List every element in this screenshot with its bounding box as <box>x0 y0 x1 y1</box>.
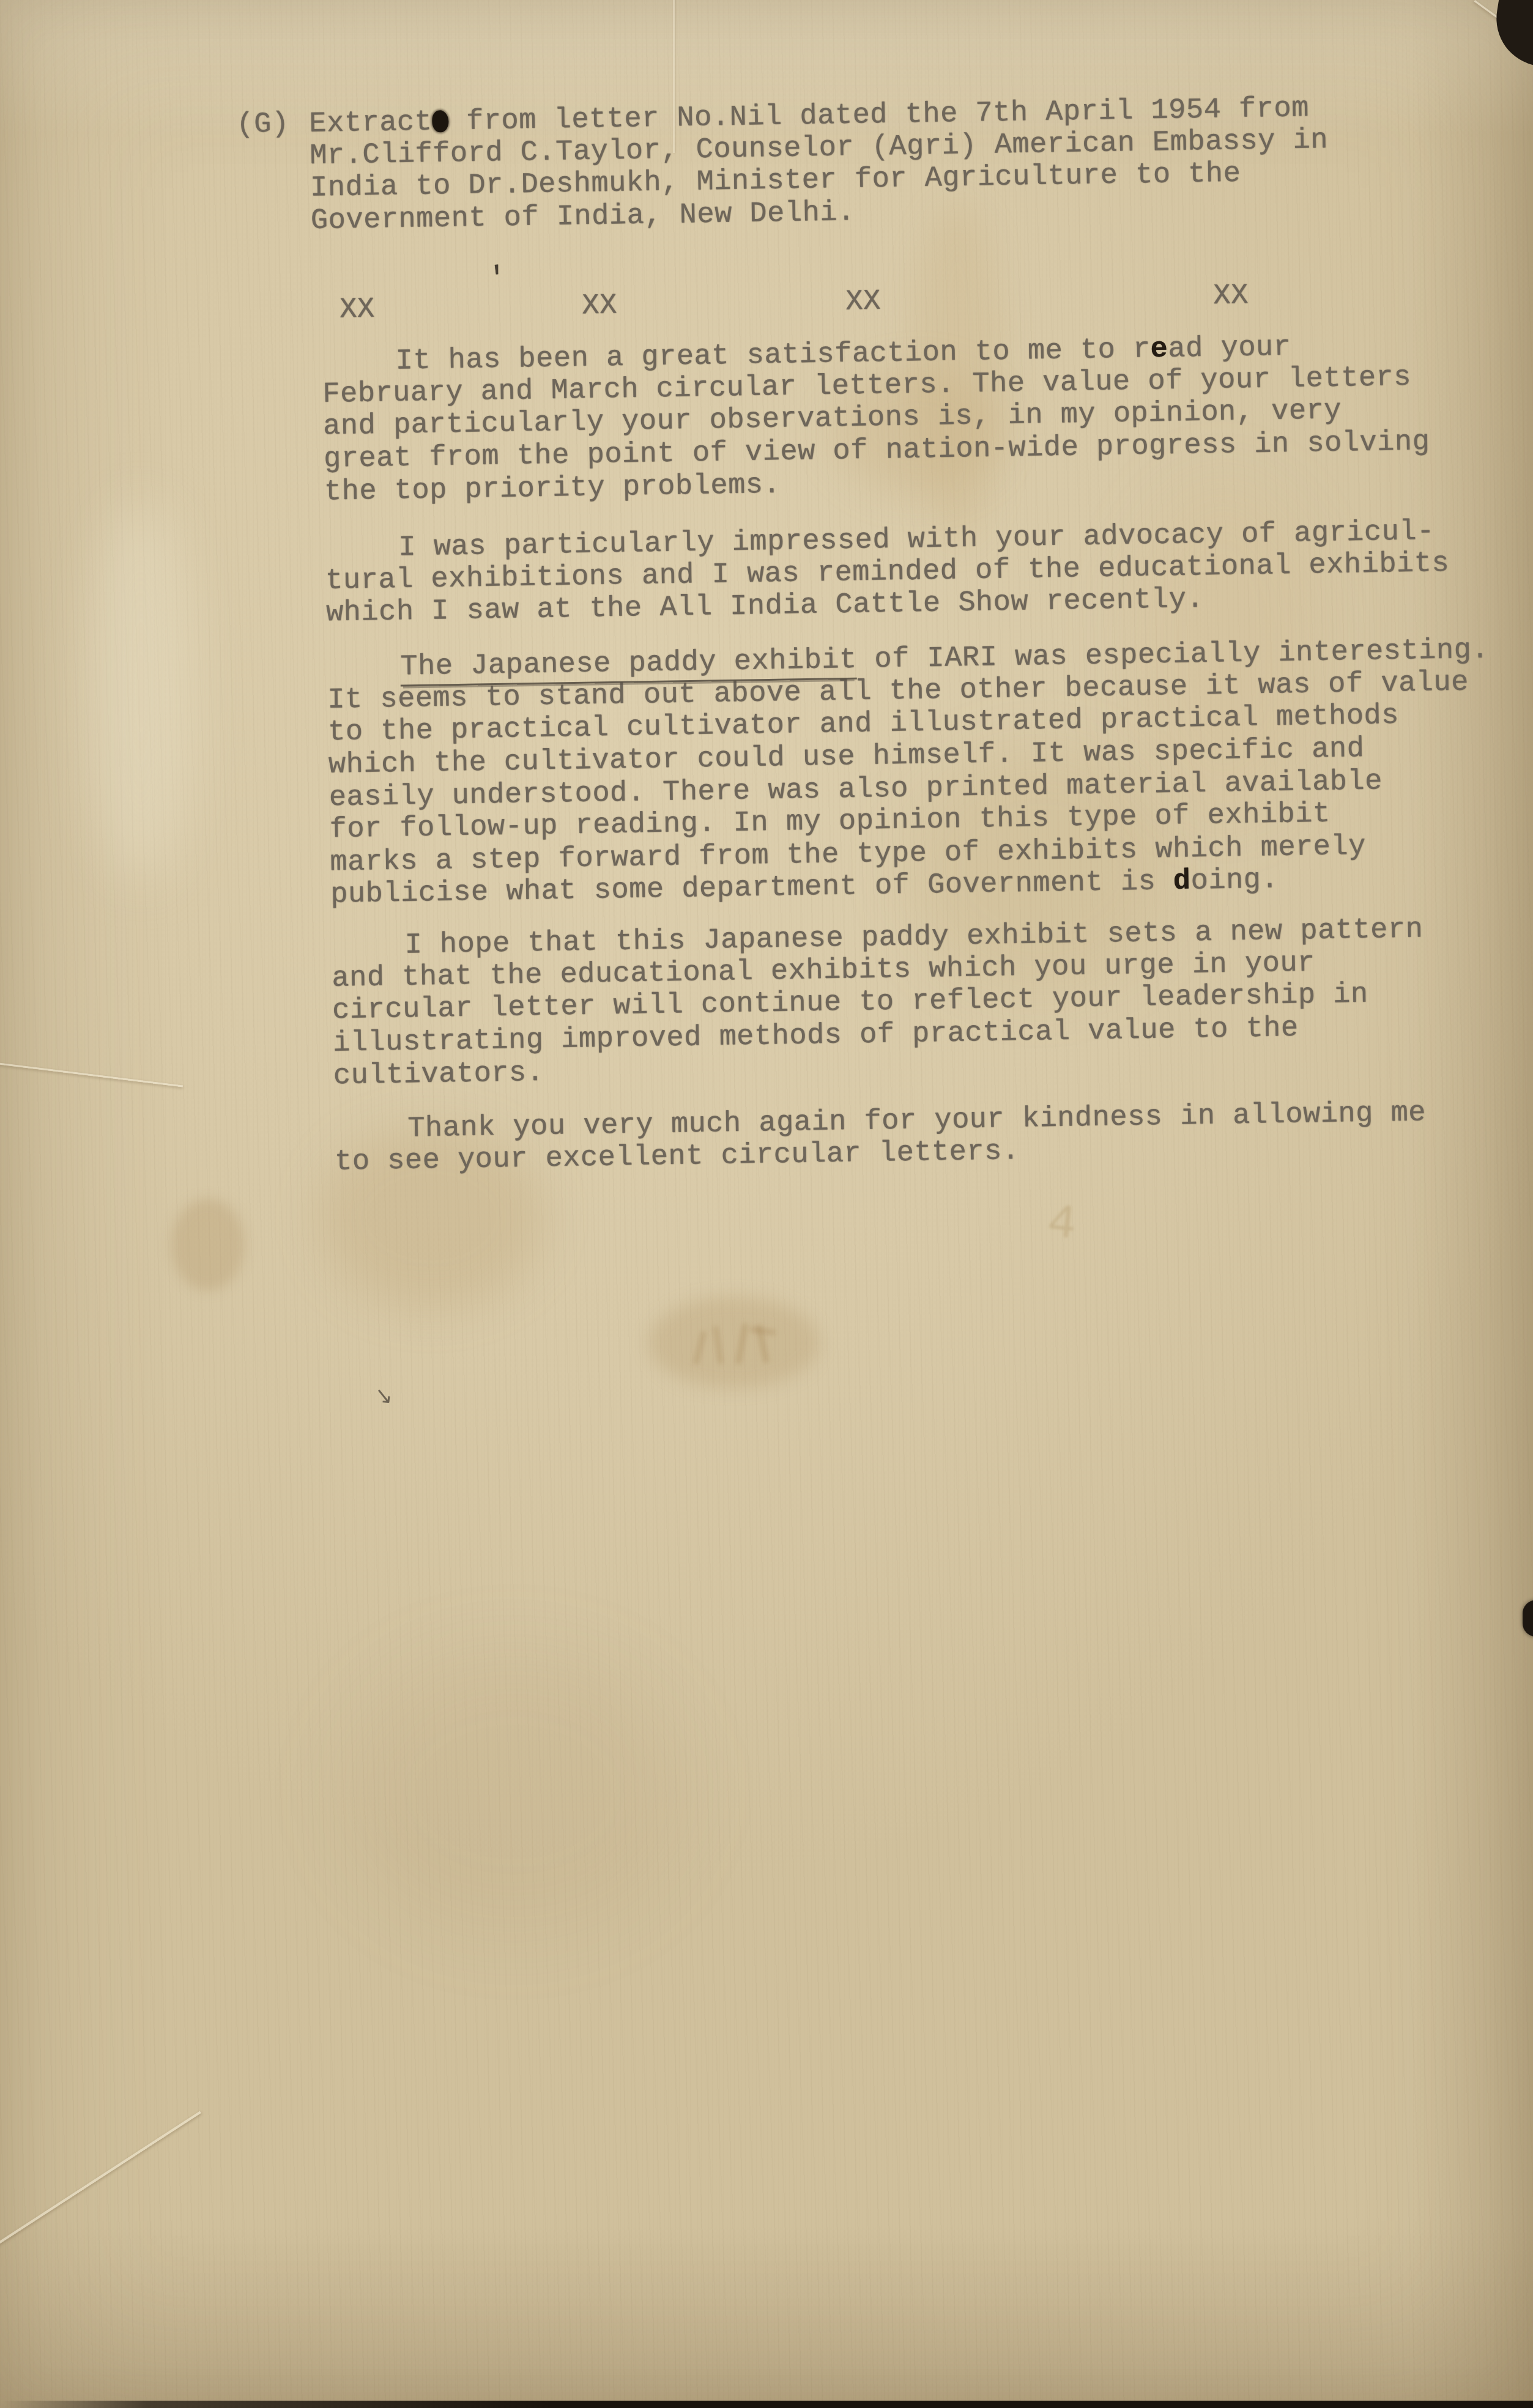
ink-blot-overstrike <box>432 110 449 132</box>
separator-row: XX XX XX XX <box>239 275 1533 328</box>
stray-apostrophe-mark: ' <box>487 261 508 297</box>
reference-label: (G) <box>236 108 311 239</box>
separator-xx-4: XX <box>1213 280 1249 313</box>
ghost-handwriting-smudge <box>691 1320 795 1369</box>
paragraph-1: It has been a great satisfaction to me t… <box>240 327 1533 509</box>
pencil-arrow-mark: ↘ <box>373 1383 394 1410</box>
paragraph-3: The Japanese paddy exhibit of IARI was e… <box>245 633 1533 913</box>
paper-highlight-streak <box>86 502 196 881</box>
letter-text-block: (G) Extract from letter No.Nil dated the… <box>236 89 1533 1180</box>
overstruck-letter: d <box>1173 865 1191 898</box>
paper-crease <box>0 1062 183 1087</box>
paragraph-5: Thank you very much again for your kindn… <box>252 1094 1533 1179</box>
paper-crease <box>0 2111 201 2246</box>
paragraph-2: I was particularly impressed with your a… <box>243 514 1533 631</box>
paper-stain <box>171 1199 245 1291</box>
scan-edge-bottom <box>0 2401 1533 2408</box>
separator-xx-2: XX <box>582 289 617 322</box>
underlined-phrase: The Japanese paddy exhibit <box>400 644 857 687</box>
ghost-numeral-mark: 4 <box>1045 1196 1079 1253</box>
paragraph-4: I hope that this Japanese paddy exhibit … <box>249 911 1533 1094</box>
scan-blob-right-edge <box>1523 1600 1533 1637</box>
scan-corner-tear-top-right <box>1490 0 1533 65</box>
separator-xx-3: XX <box>845 285 881 318</box>
paper-stain <box>648 1297 820 1388</box>
separator-xx-1: XX <box>340 293 375 326</box>
header-lines: Extract from letter No.Nil dated the 7th… <box>309 92 1329 237</box>
scanned-letter-page: (G) Extract from letter No.Nil dated the… <box>0 0 1533 2408</box>
overstruck-letter: e <box>1150 333 1168 366</box>
paper-stain <box>343 1651 685 1933</box>
letter-header: (G) Extract from letter No.Nil dated the… <box>236 89 1533 239</box>
